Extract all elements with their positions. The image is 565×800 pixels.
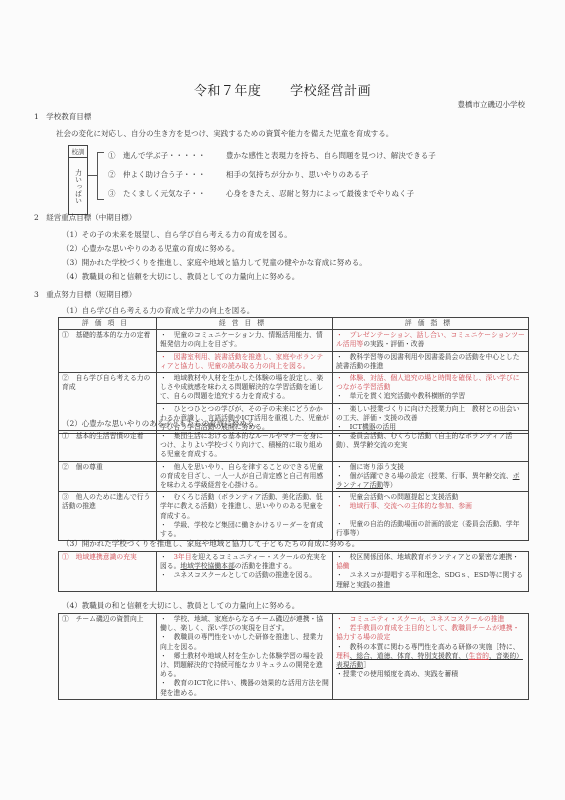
table-sub3: ① 地域連携意識の充実 ・ 3年目を迎えるコミュニティー・スクールの充実を図る。…: [58, 551, 529, 592]
eval-index: ・ 委員会活動、むくろじ活動（自主的なボランティア活動）、異学齢交流の充実: [333, 431, 529, 462]
motto-item: ① 進んで学ぶ子・・・・・豊かな感性と表現力を持ち、自ら問題を見つけ、解決できる…: [108, 150, 436, 161]
table-sub2: ① 基本的生活習慣の定着 ・ 集団生活における基本的なルールやマナーを身につけ、…: [58, 430, 529, 541]
mid-term-goal: （2）心豊かな思いやりのある児童の育成に努める。: [62, 243, 239, 254]
eval-index: ・ プレゼンテーション、話し合い、コミュニケーションツール活用等の実践・評価・改…: [333, 330, 529, 351]
eval-index: ・ 体験、対話、個人追究の場と時間を確保し、深い学びにつながる学習活動・ 単元を…: [333, 373, 529, 404]
motto-item: ③ たくましく元気な子・・心身をきたえ、忍耐と努力によって最後までやりぬく子: [108, 188, 414, 199]
mid-term-goal: （4）教職員の和と信頼を大切にし、教員としての力量向上に努める。: [62, 271, 299, 282]
eval-item: ① チーム磯辺の資質向上: [59, 614, 157, 700]
eval-index: ・ 教科学習等の図書利用や図書委員会の活動を中心とした読書活動の推進: [333, 351, 529, 372]
eval-item: ① 基本的生活習慣の定着: [59, 431, 157, 462]
mgmt-goal: ・ むくろじ活動（ボランティア活動、美化活動、低学年に教える活動）を推進し、思い…: [157, 492, 333, 541]
table-sub1: 評価項目 経営目標 評価指標 ① 基礎的基本的な力の定着 ・ 児童のコミュニケー…: [58, 317, 529, 434]
sub2-heading: （2）心豊かな思いやりのある子どもたちの育成に努める。: [62, 418, 262, 429]
col-header: 評価項目: [59, 318, 157, 330]
school-goal: 社会の変化に対応し、自分の生き方を見つけ、実践するための資質や能力を備えた児童を…: [56, 128, 393, 139]
mgmt-goal: ・ 3年目を迎えるコミュニティー・スクールの充実を図る。地域学校協働本部の活動を…: [157, 552, 333, 592]
eval-index: ・ 個に寄り添う支援・ 個が活躍できる場の設定（授業、行事、異年齢交流、ボランテ…: [333, 461, 529, 492]
eval-item: ② 個の尊重: [59, 461, 157, 492]
mgmt-goal: ・ 地域教材や人材を生かした体験の場を設定し、楽しさや成就感を味わえる問題解決的…: [157, 373, 333, 404]
motto-label: 校訓: [69, 146, 87, 158]
table-row: ② 自ら学び自ら考える力の育成 ・ 地域教材や人材を生かした体験の場を設定し、楽…: [59, 373, 529, 404]
mid-term-goal: （1）その子の未来を展望し、自ら学び自ら考える力の育成を図る。: [62, 229, 292, 240]
section3-heading: 3 重点努力目標（短期目標）: [34, 289, 136, 300]
school-name: 豊橋市立磯辺小学校: [458, 99, 526, 110]
motto-text: 力いっぱい: [73, 158, 84, 214]
section1-heading: 1 学校教育目標: [34, 111, 91, 122]
table-row: ① 地域連携意識の充実 ・ 3年目を迎えるコミュニティー・スクールの充実を図る。…: [59, 552, 529, 592]
motto-box: 校訓 力いっぱい: [68, 145, 88, 215]
table-row: ② 個の尊重 ・ 他人を思いやり、自らを律することのできる児童の育成を目ざし、一…: [59, 461, 529, 492]
sub4-heading: （4）教職員の和と信頼を大切にし、教員としての力量向上に努める。: [62, 600, 299, 611]
table-row: ① 基本的生活習慣の定着 ・ 集団生活における基本的なルールやマナーを身につけ、…: [59, 431, 529, 462]
document-page: 令和７年度 学校経営計画 豊橋市立磯辺小学校 1 学校教育目標 社会の変化に対応…: [0, 0, 565, 800]
section2-heading: 2 経営重点目標（中期目標）: [34, 212, 136, 223]
mgmt-goal: ・ 図書室利用、読書活動を推進し、家庭やボランティアと協力し、児童の読み取る力の…: [157, 351, 333, 372]
eval-index: ・ 校区関係団体、地域教育ボランティアとの緊密な連携・協働・ ユネスコが提唱する…: [333, 552, 529, 592]
eval-item: ③ 他人のために進んで行う活動の推進: [59, 492, 157, 541]
mid-term-goal: （3）開かれた学校づくりを推進し、家庭や地域と協力して児童の健やかな育成に努める…: [62, 257, 367, 268]
bracket-line: [88, 175, 97, 176]
col-header: 評価指標: [333, 318, 529, 330]
table-row: ① チーム磯辺の資質向上 ・ 学校、地域、家庭からなるチーム磯辺が連携・協働し、…: [59, 614, 529, 700]
eval-index: ・ コミュニティ・スクール、ユネスコスクールの推進 ・ 若手教員の育成を主目的と…: [333, 614, 529, 700]
mgmt-goal: ・ 他人を思いやり、自らを律することのできる児童の育成を目ざし、一人一人が自己肯…: [157, 461, 333, 492]
col-header: 経営目標: [157, 318, 333, 330]
table-row: ③ 他人のために進んで行う活動の推進 ・ むくろじ活動（ボランティア活動、美化活…: [59, 492, 529, 541]
fiscal-year: 令和７年度: [194, 84, 262, 99]
table-row: ① 基礎的基本的な力の定着 ・ 児童のコミュニケーション力、情報活用能力、情報発…: [59, 330, 529, 351]
sub3-heading: （3）開かれた学校づくりを推進し、家庭や地域と協力して子どもたちの育成に努める。: [62, 538, 359, 549]
mgmt-goal: ・ 集団生活における基本的なルールやマナーを身につけ、よりよい学校づくり向けて、…: [157, 431, 333, 462]
eval-index: ・ 児童会活動への問題提起と支援活動・ 地域行事、交流への主体的な参加、参画・ …: [333, 492, 529, 541]
table-sub4: ① チーム磯辺の資質向上 ・ 学校、地域、家庭からなるチーム磯辺が連携・協働し、…: [58, 613, 529, 700]
motto-item: ② 仲よく助け合う子・・・相手の気持ちが分かり、思いやりのある子: [108, 169, 369, 180]
sub1-heading: （1）自ら学び自ら考える力の育成と学力の向上を図る。: [62, 305, 254, 316]
eval-item: ① 基礎的基本的な力の定着: [59, 330, 157, 373]
mgmt-goal: ・ 学校、地域、家庭からなるチーム磯辺が連携・協働し、楽しく、深い学びの実現を目…: [157, 614, 333, 700]
bracket: [97, 152, 104, 200]
plan-title: 学校経営計画: [290, 84, 371, 99]
page-title: 令和７年度 学校経営計画: [0, 80, 565, 99]
mgmt-goal: ・ 児童のコミュニケーション力、情報活用能力、情報発信力の向上を目ざす。: [157, 330, 333, 351]
eval-item: ① 地域連携意識の充実: [59, 552, 157, 592]
